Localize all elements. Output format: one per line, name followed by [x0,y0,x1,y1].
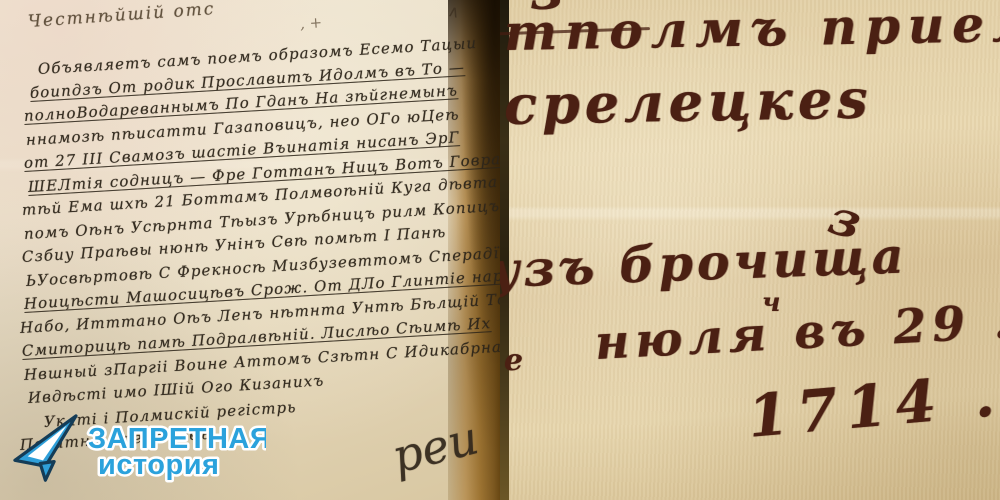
superscript-mark: ч [762,290,781,316]
closeup-line: 1714 . [745,366,1000,446]
margin-letter-fragment: е [504,346,523,376]
closeup-line: тполмъ приемъ [504,0,1000,58]
right-page-closeup-photo: з тполмъ приемъсрелецкеѕузъ брочищанюля … [500,0,1000,500]
manuscript-photo: Честнѣйшій отс , + ∧ Объявляетъ самъ пое… [0,0,1000,500]
closeup-line: нюля въ 29 . [594,298,1000,367]
paper-plane-icon [12,416,80,482]
manuscript-heading: Честнѣйшій отс [27,1,215,31]
channel-watermark: ЗАПРЕТНАЯ история [8,414,266,488]
closeup-line: срелецкеѕ [504,72,873,132]
heading-punctuation-marks: , + [300,15,323,32]
watermark-svg: ЗАПРЕТНАЯ история [8,414,266,484]
watermark-subtitle: история [98,449,219,481]
